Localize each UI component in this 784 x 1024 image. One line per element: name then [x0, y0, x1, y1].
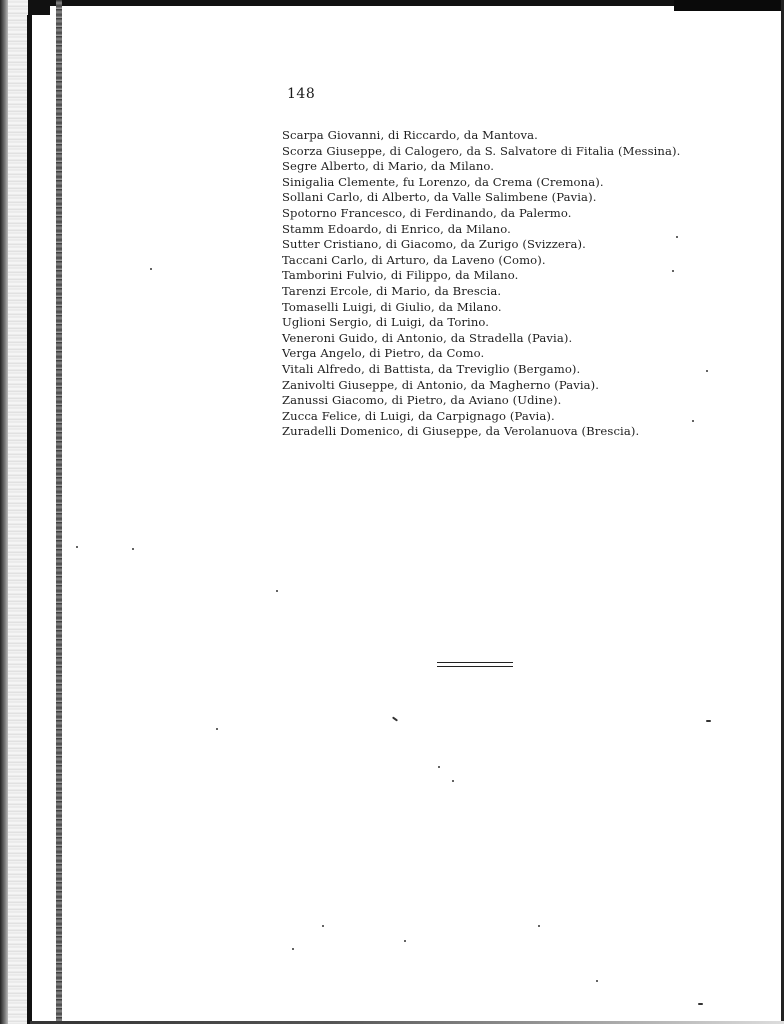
list-item: Sutter Cristiano, di Giacomo, da Zurigo …: [282, 237, 680, 253]
list-item: Taccani Carlo, di Arturo, da Laveno (Com…: [282, 253, 680, 269]
page-number: 148: [287, 86, 315, 102]
book-gutter: [8, 0, 28, 1024]
scan-speckle: [706, 720, 711, 722]
scan-speckle: [150, 268, 152, 270]
scan-speckle: [452, 780, 454, 782]
scan-speckle: [438, 766, 440, 768]
scan-speckle: [538, 925, 540, 927]
scan-speckle: [292, 948, 294, 950]
scan-speckle: [392, 716, 398, 721]
list-item: Spotorno Francesco, di Ferdinando, da Pa…: [282, 206, 680, 222]
list-item: Zuradelli Domenico, di Giuseppe, da Vero…: [282, 424, 680, 440]
list-item: Segre Alberto, di Mario, da Milano.: [282, 159, 680, 175]
top-right-scan-edge: [674, 0, 784, 11]
scan-speckle: [596, 980, 598, 982]
list-item: Tarenzi Ercole, di Mario, da Brescia.: [282, 284, 680, 300]
list-item: Zanussi Giacomo, di Pietro, da Aviano (U…: [282, 393, 680, 409]
top-scan-edge: [0, 0, 784, 6]
scan-speckle: [216, 728, 218, 730]
list-item: Tamborini Fulvio, di Filippo, da Milano.: [282, 268, 680, 284]
page-fold: [32, 15, 54, 1024]
name-list: Scarpa Giovanni, di Riccardo, da Mantova…: [282, 128, 680, 440]
binding-line: [56, 0, 62, 1024]
list-item: Veneroni Guido, di Antonio, da Stradella…: [282, 331, 680, 347]
scan-speckle: [404, 940, 406, 942]
book-spine-outer: [0, 0, 8, 1024]
list-item: Stamm Edoardo, di Enrico, da Milano.: [282, 222, 680, 238]
scan-speckle: [698, 1003, 703, 1005]
scan-speckle: [322, 925, 324, 927]
scan-speckle: [706, 370, 708, 372]
scanned-page: 148 Scarpa Giovanni, di Riccardo, da Man…: [0, 0, 784, 1024]
scan-speckle: [132, 548, 134, 550]
list-item: Zanivolti Giuseppe, di Antonio, da Maghe…: [282, 378, 680, 394]
list-item: Zucca Felice, di Luigi, da Carpignago (P…: [282, 409, 680, 425]
list-item: Tomaselli Luigi, di Giulio, da Milano.: [282, 300, 680, 316]
scan-speckle: [76, 546, 78, 548]
list-item: Verga Angelo, di Pietro, da Como.: [282, 346, 680, 362]
scan-speckle: [692, 420, 694, 422]
scan-speckle: [276, 590, 278, 592]
list-item: Scarpa Giovanni, di Riccardo, da Mantova…: [282, 128, 680, 144]
list-item: Sinigalia Clemente, fu Lorenzo, da Crema…: [282, 175, 680, 191]
list-item: Vitali Alfredo, di Battista, da Trevigli…: [282, 362, 680, 378]
section-divider: [437, 662, 513, 667]
list-item: Sollani Carlo, di Alberto, da Valle Sali…: [282, 190, 680, 206]
list-item: Scorza Giuseppe, di Calogero, da S. Salv…: [282, 144, 680, 160]
list-item: Uglioni Sergio, di Luigi, da Torino.: [282, 315, 680, 331]
